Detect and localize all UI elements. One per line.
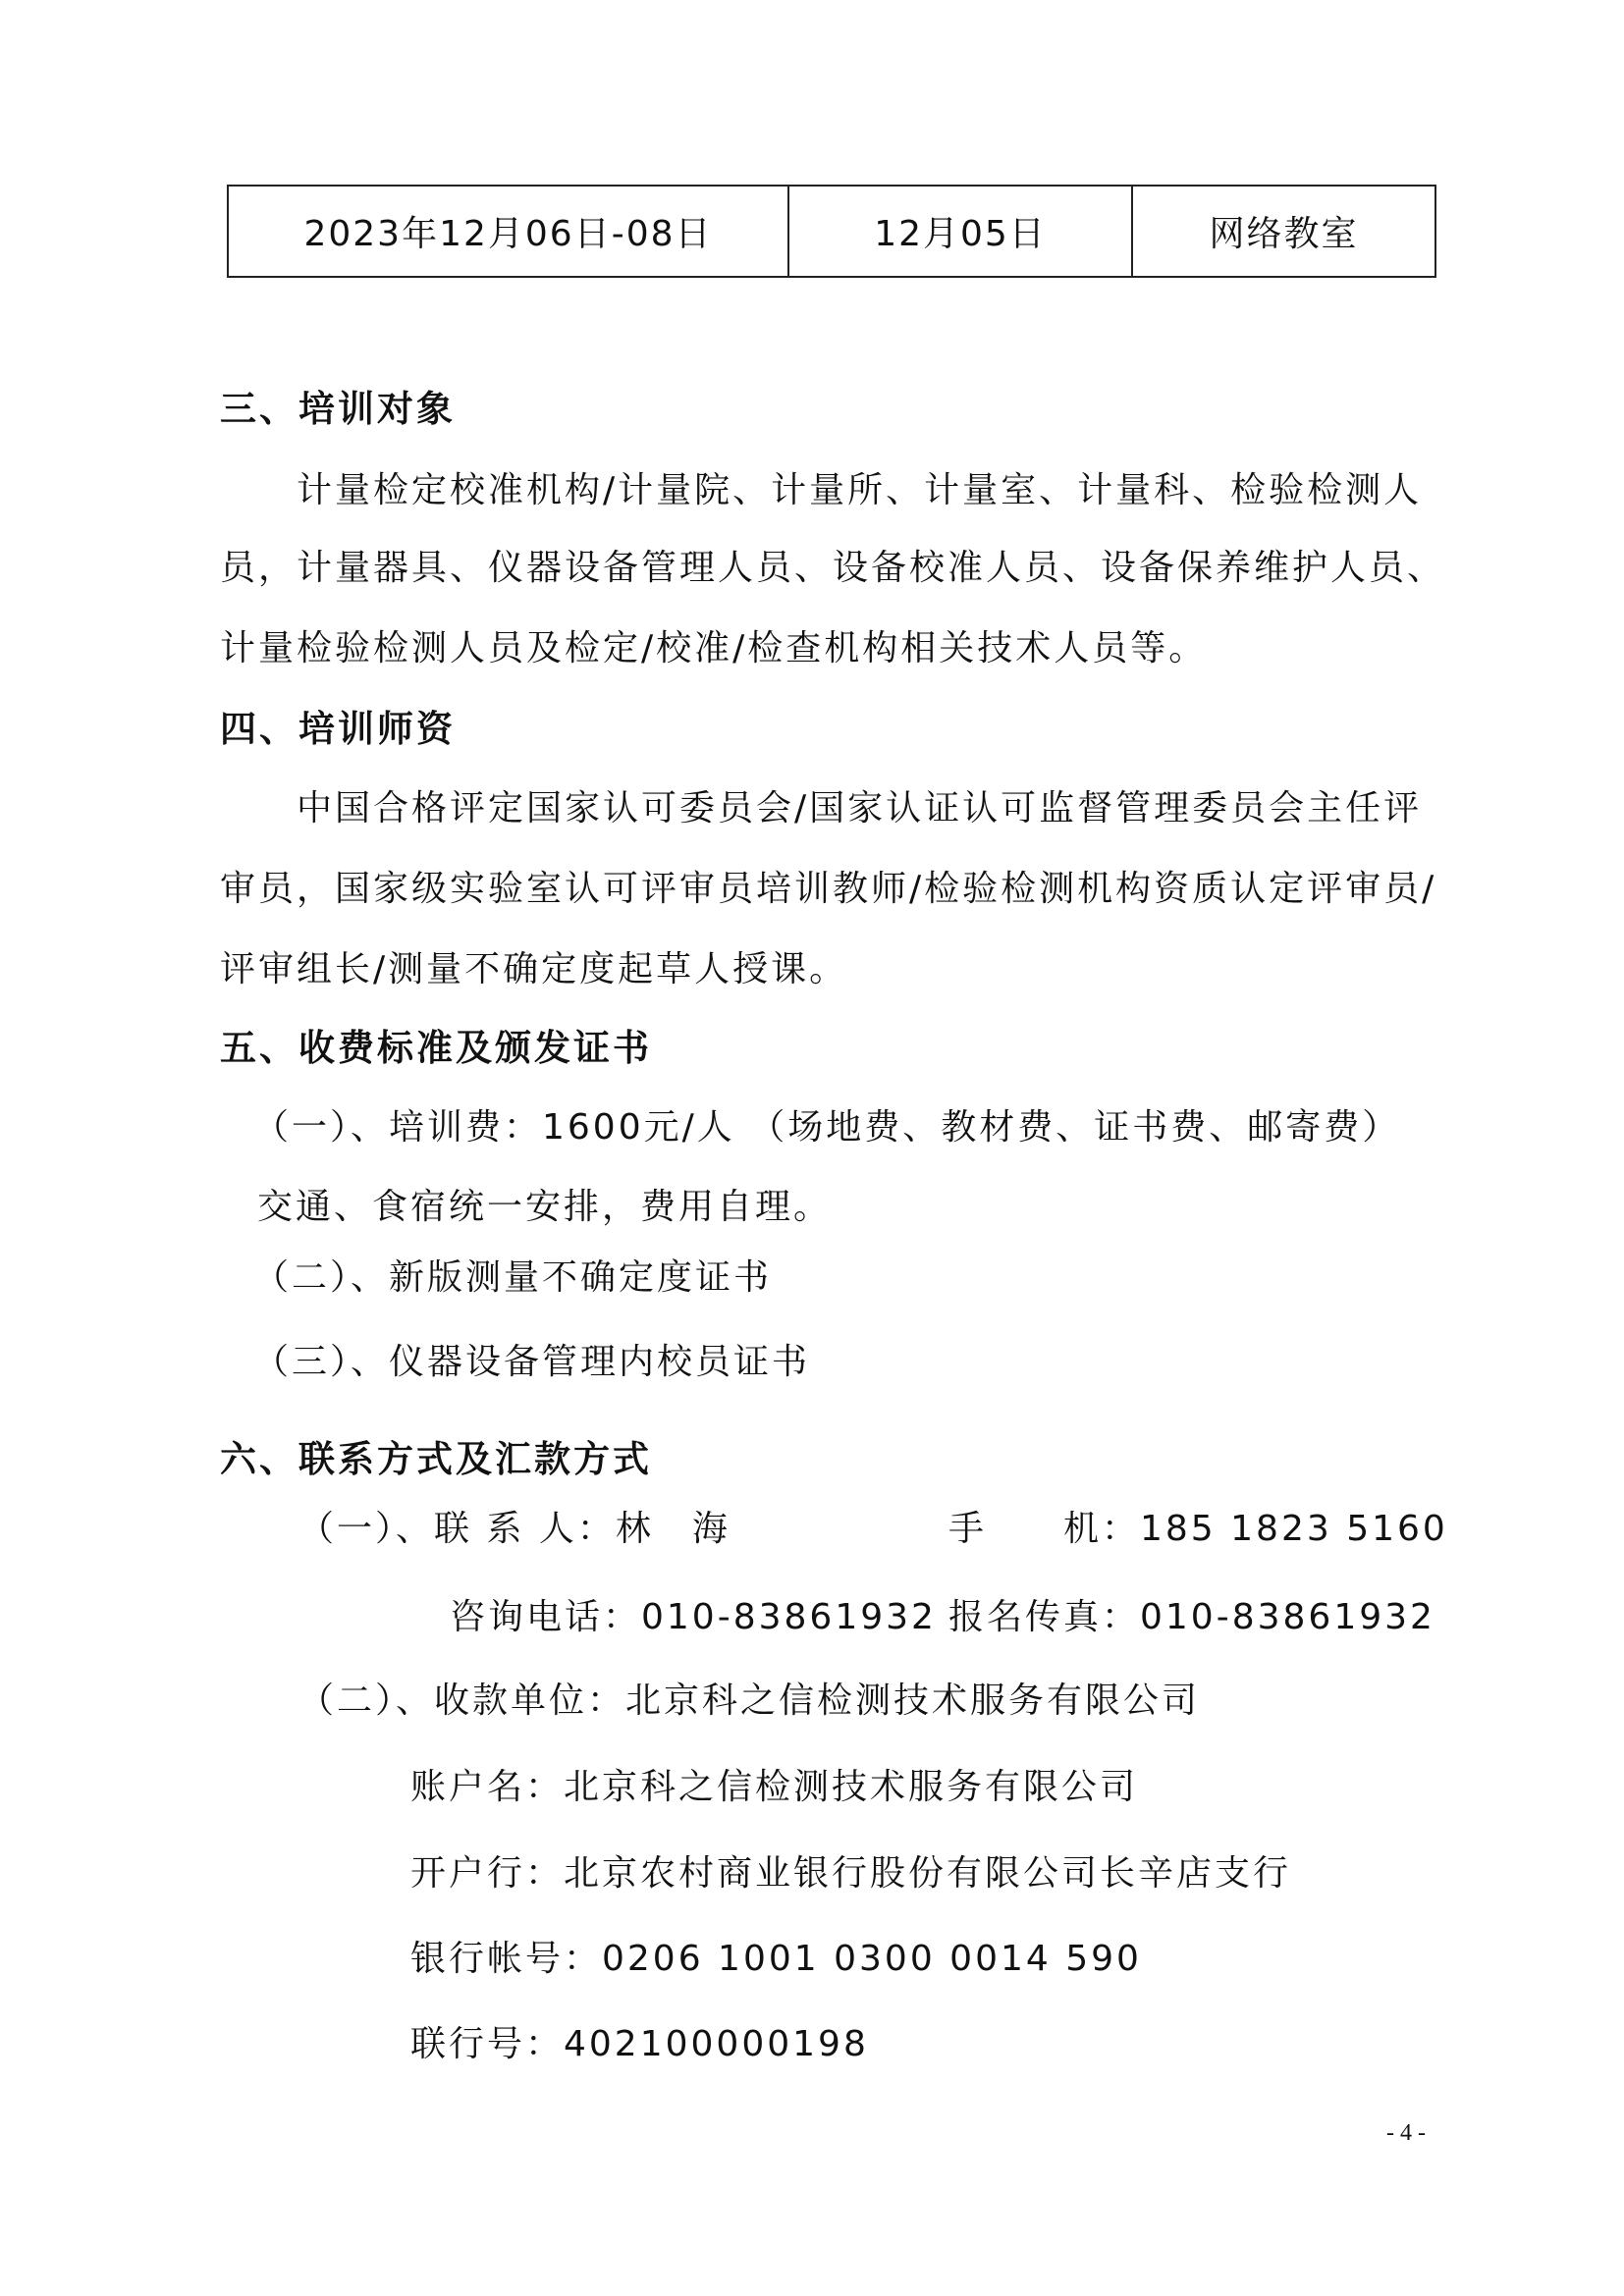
cert-line-1: （二）、新版测量不确定度证书: [253, 1260, 772, 1296]
section4-line-1: 中国合格评定国家认可委员会/国家认证认可监督管理委员会主任评: [297, 791, 1422, 827]
section3-heading: 三、培训对象: [220, 391, 456, 427]
schedule-table: 2023年12月06日-08日 12月05日 网络教室: [227, 185, 1436, 278]
deadline-cell: 12月05日: [788, 186, 1132, 277]
bank-name: 开户行：北京农村商业银行股份有限公司长辛店支行: [410, 1856, 1291, 1892]
mobile-number: 手 机：185 1823 5160: [948, 1512, 1448, 1547]
page-number: - 4 -: [1386, 2120, 1426, 2147]
registration-fax: 报名传真：010-83861932: [948, 1600, 1435, 1635]
section4-heading: 四、培训师资: [220, 711, 456, 747]
contact-person: （一）、联 系 人：林 海: [298, 1512, 731, 1547]
section3-line-2: 员，计量器具、仪器设备管理人员、设备校准人员、设备保养维护人员、: [220, 551, 1445, 586]
venue-cell: 网络教室: [1132, 186, 1435, 277]
table-row: 2023年12月06日-08日 12月05日 网络教室: [228, 186, 1435, 277]
bank-code: 联行号：402100000198: [410, 2027, 869, 2062]
section4-line-2: 审员，国家级实验室认可评审员培训教师/检验检测机构资质认定评审员/: [220, 872, 1436, 907]
cert-line-2: （三）、仪器设备管理内校员证书: [253, 1345, 810, 1380]
consult-phone: 咨询电话：010-83861932: [450, 1600, 937, 1635]
section4-line-3: 评审组长/测量不确定度起草人授课。: [220, 952, 847, 988]
payee: （二）、收款单位：北京科之信检测技术服务有限公司: [298, 1683, 1200, 1719]
section6-heading: 六、联系方式及汇款方式: [220, 1441, 652, 1477]
fee-line: （一）、培训费：1600元/人 （场地费、教材费、证书费、邮寄费）: [253, 1110, 1400, 1146]
section3-line-3: 计量检验检测人员及检定/校准/检查机构相关技术人员等。: [220, 631, 1207, 667]
account-number: 银行帐号：0206 1001 0300 0014 590: [410, 1942, 1142, 1977]
section5-heading: 五、收费标准及颁发证书: [220, 1030, 652, 1066]
account-name: 账户名：北京科之信检测技术服务有限公司: [410, 1770, 1138, 1805]
fee-note: 交通、食宿统一安排，费用自理。: [257, 1190, 832, 1225]
date-cell: 2023年12月06日-08日: [228, 186, 788, 277]
section3-line-1: 计量检定校准机构/计量院、计量所、计量室、计量科、检验检测人: [297, 473, 1422, 508]
